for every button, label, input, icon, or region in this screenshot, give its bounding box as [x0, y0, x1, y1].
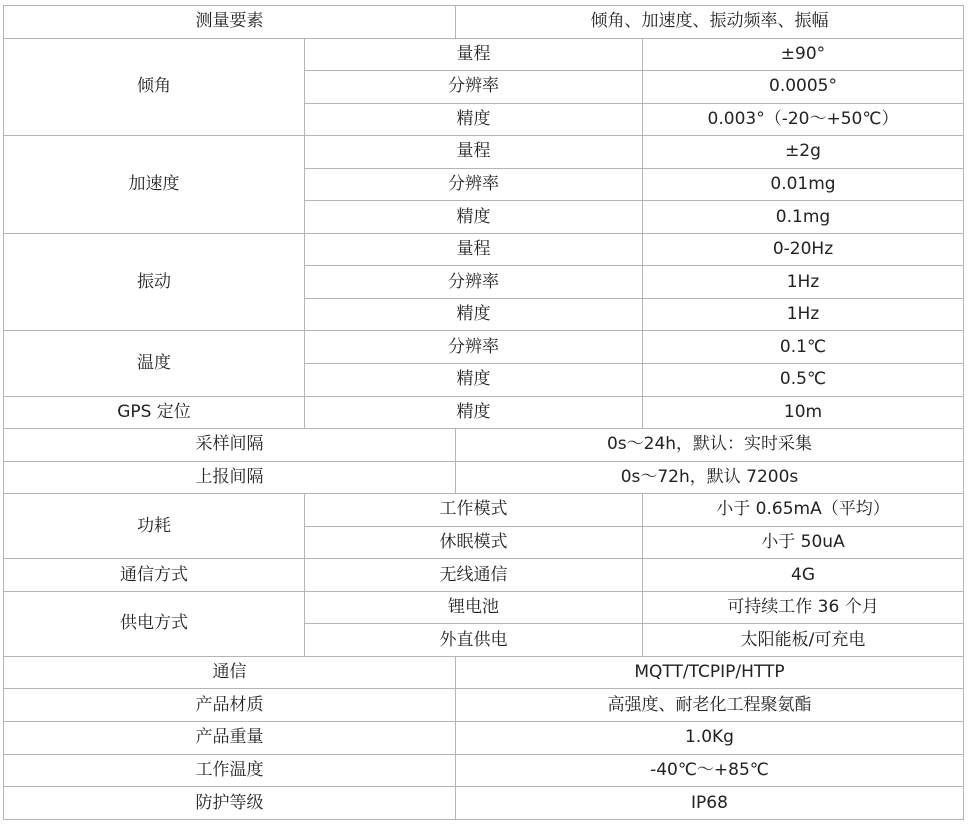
- param-cell: 分辨率: [305, 168, 643, 201]
- param-cell: 休眠模式: [305, 526, 643, 559]
- value-cell: 0.003°（-20～+50℃）: [643, 103, 964, 136]
- param-cell: 精度: [305, 396, 643, 429]
- param-cell: 精度: [305, 364, 643, 397]
- protocol-value: MQTT/TCPIP/HTTP: [456, 656, 964, 689]
- op-temp-value: -40℃～+85℃: [456, 754, 964, 787]
- param-cell: 无线通信: [305, 559, 643, 592]
- report-value: 0s～72h，默认 7200s: [456, 461, 964, 494]
- value-cell: 小于 0.65mA（平均）: [643, 494, 964, 527]
- weight-value: 1.0Kg: [456, 722, 964, 755]
- gps-label: GPS 定位: [4, 396, 305, 429]
- table-row: 温度 分辨率 0.1℃: [4, 331, 964, 364]
- value-cell: 4G: [643, 559, 964, 592]
- param-cell: 量程: [305, 136, 643, 169]
- protection-label: 防护等级: [4, 787, 456, 820]
- value-cell: 可持续工作 36 个月: [643, 591, 964, 624]
- param-cell: 量程: [305, 38, 643, 71]
- value-cell: 0.1mg: [643, 201, 964, 234]
- header-label: 测量要素: [4, 6, 456, 39]
- value-cell: 0.1℃: [643, 331, 964, 364]
- table-row: 采样间隔 0s～24h，默认：实时采集: [4, 429, 964, 462]
- table-row: 上报间隔 0s～72h，默认 7200s: [4, 461, 964, 494]
- table-row: 功耗 工作模式 小于 0.65mA（平均）: [4, 494, 964, 527]
- value-cell: 1Hz: [643, 266, 964, 299]
- spec-table: 测量要素 倾角、加速度、振动频率、振幅 倾角 量程 ±90° 分辨率 0.000…: [3, 5, 964, 820]
- value-cell: 0-20Hz: [643, 233, 964, 266]
- table-row: GPS 定位 精度 10m: [4, 396, 964, 429]
- power-label: 功耗: [4, 494, 305, 559]
- weight-label: 产品重量: [4, 722, 456, 755]
- report-label: 上报间隔: [4, 461, 456, 494]
- tilt-label: 倾角: [4, 38, 305, 136]
- value-cell: 0.5℃: [643, 364, 964, 397]
- value-cell: 0.0005°: [643, 71, 964, 104]
- table-row: 产品材质 高强度、耐老化工程聚氨酯: [4, 689, 964, 722]
- value-cell: ±90°: [643, 38, 964, 71]
- value-cell: 1Hz: [643, 298, 964, 331]
- value-cell: 小于 50uA: [643, 526, 964, 559]
- vibration-label: 振动: [4, 233, 305, 331]
- table-row: 工作温度 -40℃～+85℃: [4, 754, 964, 787]
- comm-mode-label: 通信方式: [4, 559, 305, 592]
- value-cell: ±2g: [643, 136, 964, 169]
- material-value: 高强度、耐老化工程聚氨酯: [456, 689, 964, 722]
- protection-value: IP68: [456, 787, 964, 820]
- value-cell: 太阳能板/可充电: [643, 624, 964, 657]
- value-cell: 10m: [643, 396, 964, 429]
- op-temp-label: 工作温度: [4, 754, 456, 787]
- material-label: 产品材质: [4, 689, 456, 722]
- table-row: 供电方式 锂电池 可持续工作 36 个月: [4, 591, 964, 624]
- table-row: 通信 MQTT/TCPIP/HTTP: [4, 656, 964, 689]
- protocol-label: 通信: [4, 656, 456, 689]
- accel-label: 加速度: [4, 136, 305, 234]
- param-cell: 分辨率: [305, 266, 643, 299]
- param-cell: 精度: [305, 298, 643, 331]
- header-value: 倾角、加速度、振动频率、振幅: [456, 6, 964, 39]
- param-cell: 分辨率: [305, 331, 643, 364]
- table-row: 产品重量 1.0Kg: [4, 722, 964, 755]
- param-cell: 精度: [305, 103, 643, 136]
- table-row-header: 测量要素 倾角、加速度、振动频率、振幅: [4, 6, 964, 39]
- table-row: 通信方式 无线通信 4G: [4, 559, 964, 592]
- table-row: 加速度 量程 ±2g: [4, 136, 964, 169]
- temperature-label: 温度: [4, 331, 305, 396]
- table-row: 振动 量程 0-20Hz: [4, 233, 964, 266]
- sampling-value: 0s～24h，默认：实时采集: [456, 429, 964, 462]
- param-cell: 工作模式: [305, 494, 643, 527]
- param-cell: 锂电池: [305, 591, 643, 624]
- param-cell: 精度: [305, 201, 643, 234]
- table-row: 防护等级 IP68: [4, 787, 964, 820]
- param-cell: 量程: [305, 233, 643, 266]
- value-cell: 0.01mg: [643, 168, 964, 201]
- table-row: 倾角 量程 ±90°: [4, 38, 964, 71]
- supply-label: 供电方式: [4, 591, 305, 656]
- param-cell: 分辨率: [305, 71, 643, 104]
- param-cell: 外直供电: [305, 624, 643, 657]
- sampling-label: 采样间隔: [4, 429, 456, 462]
